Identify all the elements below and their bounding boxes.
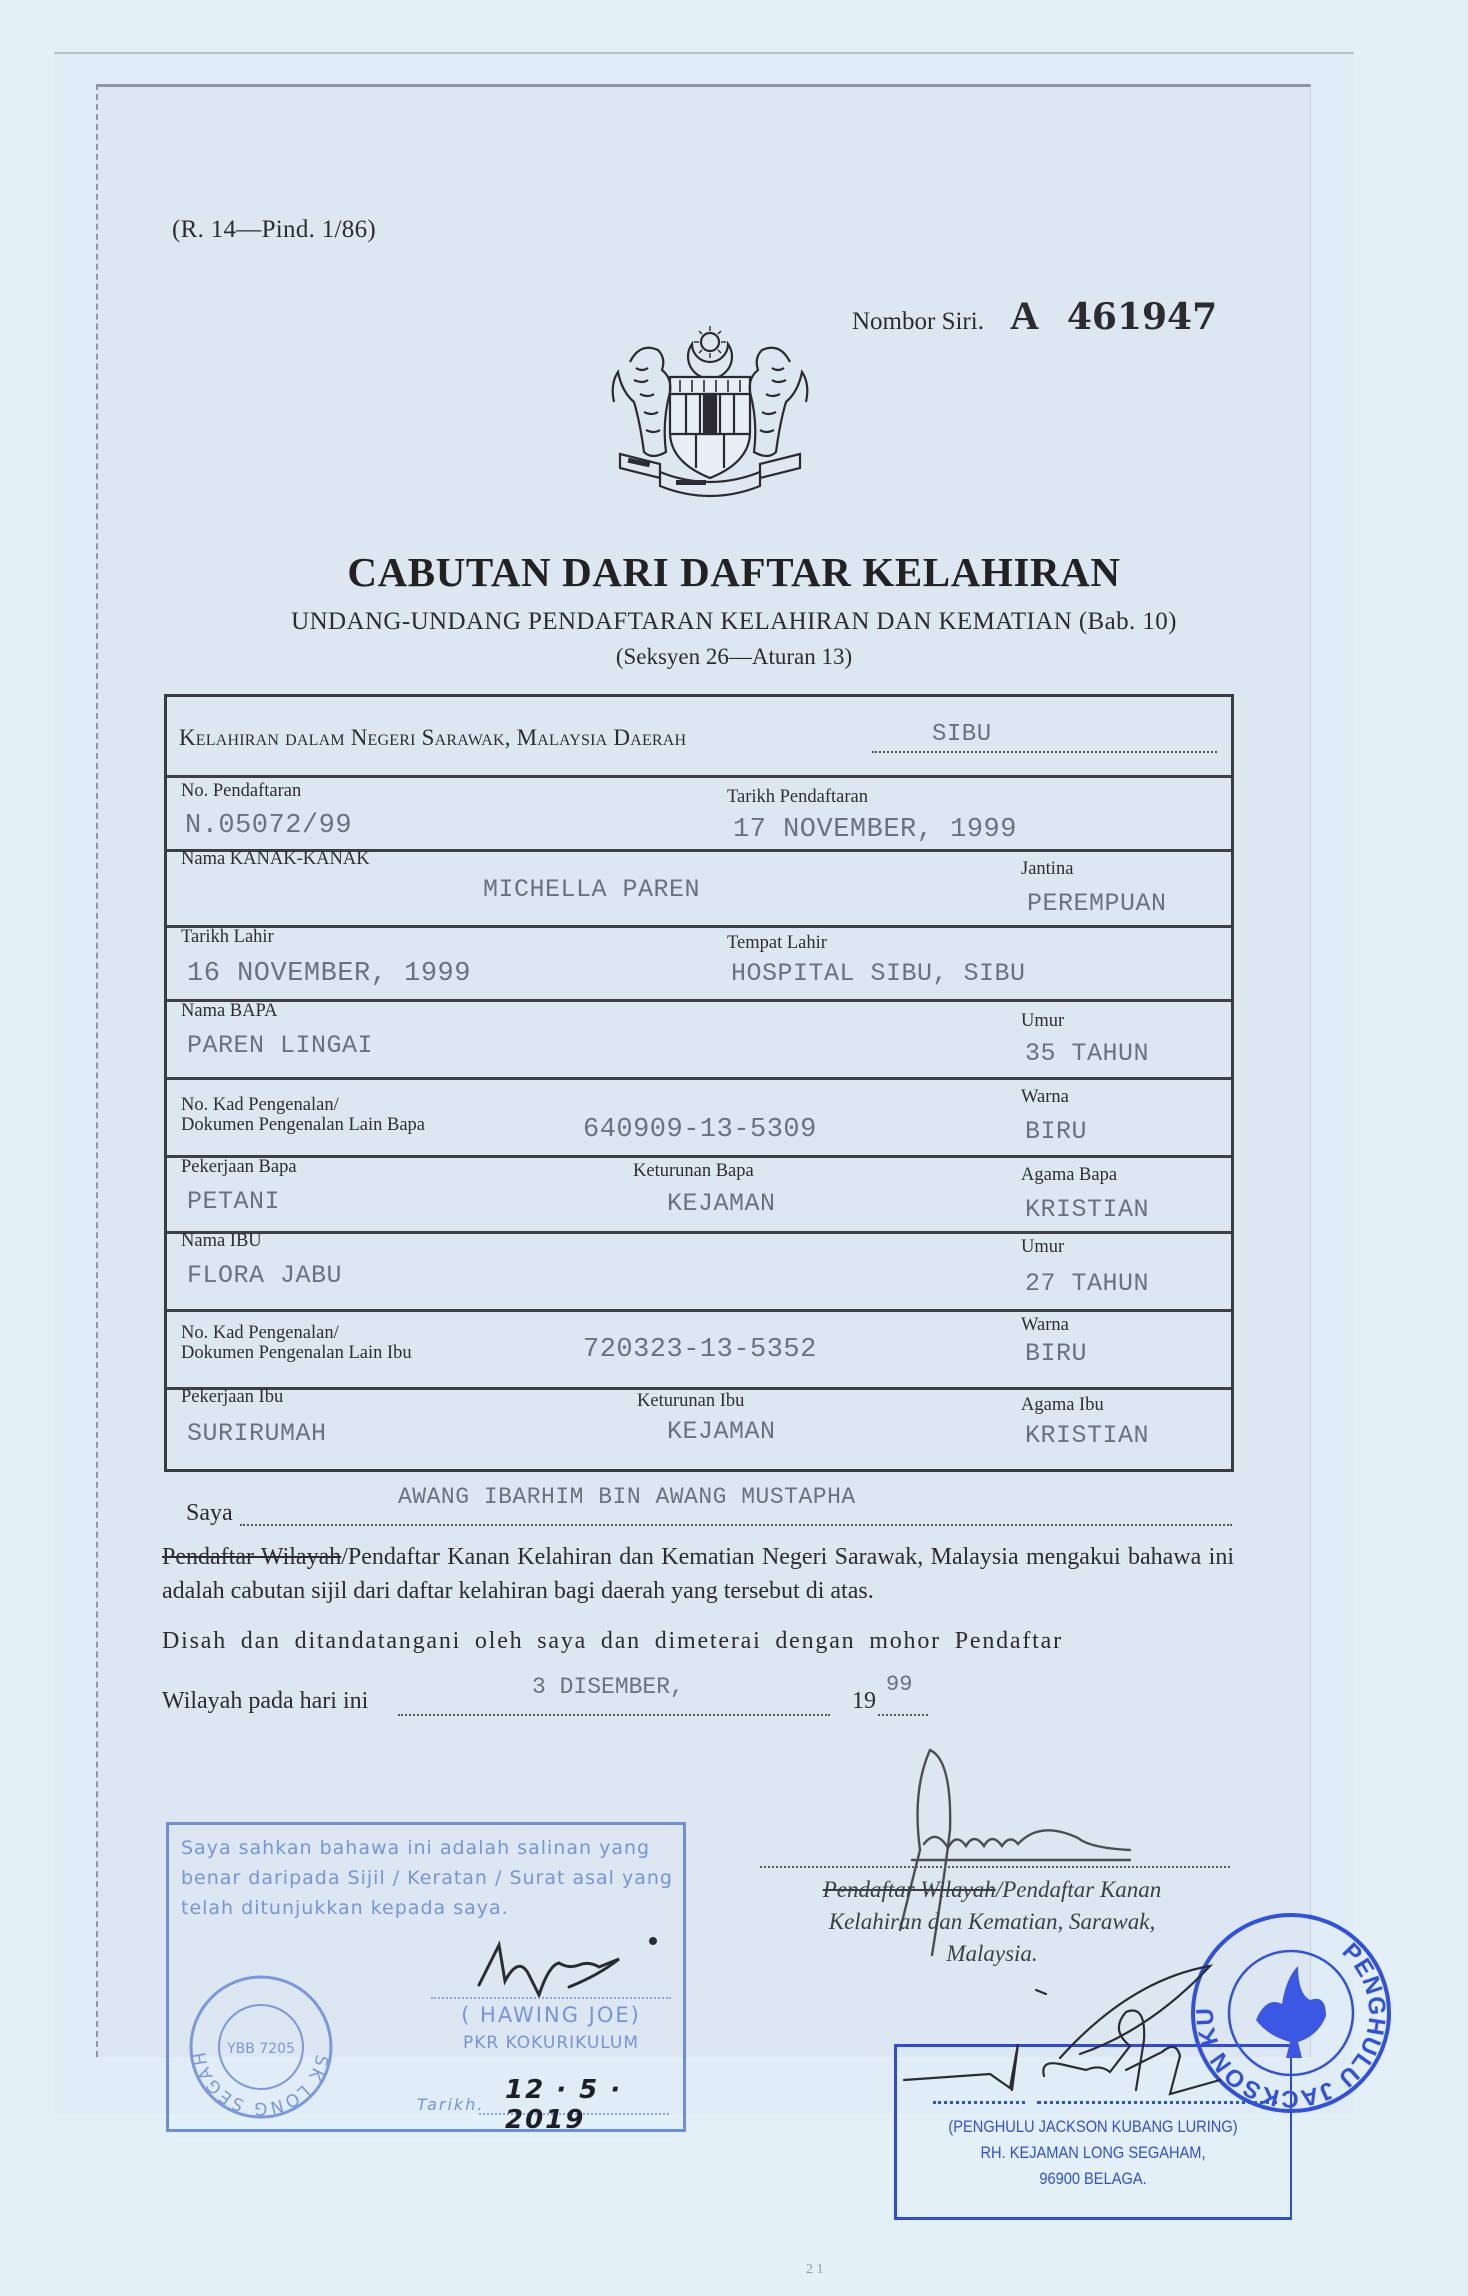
- district-row: Kelahiran dalam Negeri Sarawak, Malaysia…: [167, 697, 1231, 778]
- registration-date-value: 17 NOVEMBER, 1999: [733, 815, 1017, 845]
- page-mark: 2 1: [806, 2262, 824, 2278]
- document-subtitle: UNDANG-UNDANG PENDAFTARAN KELAHIRAN DAN …: [0, 608, 1468, 636]
- date-value: 3 DISEMBER,: [532, 1674, 684, 1700]
- serial-value: 461947: [1067, 296, 1217, 338]
- mother-religion-label: Agama Ibu: [1021, 1395, 1104, 1416]
- father-religion-value: KRISTIAN: [1025, 1195, 1149, 1224]
- school-seal-code: YBB 7205: [226, 2041, 295, 2057]
- certifier-position: PKR KOKURIKULUM: [431, 2033, 671, 2053]
- father-ancestry-value: KEJAMAN: [667, 1189, 776, 1218]
- penghulu-name: (PENGHULU JACKSON KUBANG LURING): [924, 2117, 1261, 2137]
- registration-date-label: Tarikh Pendaftaran: [727, 787, 868, 808]
- child-name-value: MICHELLA PAREN: [483, 875, 700, 904]
- mother-id-label-line2: Dokumen Pengenalan Lain Ibu: [181, 1343, 412, 1364]
- mother-colour-label: Warna: [1021, 1315, 1069, 1336]
- mother-occupation-value: SURIRUMAH: [187, 1419, 327, 1448]
- birth-place-value: HOSPITAL SIBU, SIBU: [731, 959, 1026, 988]
- declaration-paragraph: Pendaftar Wilayah/Pendaftar Kanan Kelahi…: [162, 1540, 1234, 1608]
- mother-age-label: Umur: [1021, 1237, 1064, 1258]
- serial-prefix: A: [1010, 292, 1039, 339]
- father-occupation-label: Pekerjaan Bapa: [181, 1157, 297, 1178]
- father-id-label-line1: No. Kad Pengenalan/: [181, 1095, 339, 1116]
- mother-age-value: 27 TAHUN: [1025, 1269, 1149, 1298]
- mother-occupation-label: Pekerjaan Ibu: [181, 1387, 283, 1408]
- district-dotted-line: [872, 739, 1217, 753]
- father-id-row: No. Kad Pengenalan/ Dokumen Pengenalan L…: [167, 1077, 1231, 1158]
- father-age-value: 35 TAHUN: [1025, 1039, 1149, 1068]
- certification-date-value: 12 · 5 · 2019: [505, 2075, 683, 2135]
- birth-date-label: Tarikh Lahir: [181, 927, 274, 948]
- document-title: CABUTAN DARI DAFTAR KELAHIRAN: [0, 548, 1468, 596]
- father-occupation-value: PETANI: [187, 1187, 280, 1216]
- registrar-title-line2: Kelahiran dan Kematian, Sarawak,: [762, 1906, 1222, 1938]
- mother-occupation-row: Pekerjaan Ibu SURIRUMAH Keturunan Ibu KE…: [167, 1387, 1231, 1469]
- gender-value: PEREMPUAN: [1027, 889, 1167, 918]
- father-name-value: PAREN LINGAI: [187, 1031, 373, 1060]
- father-colour-value: BIRU: [1025, 1117, 1087, 1146]
- father-id-value: 640909-13-5309: [583, 1115, 817, 1145]
- mother-name-label: Nama IBU: [181, 1231, 262, 1252]
- father-ancestry-label: Keturunan Bapa: [633, 1161, 754, 1182]
- certification-stamp: Saya sahkan bahawa ini adalah salinan ya…: [166, 1822, 686, 2132]
- gender-label: Jantina: [1021, 859, 1073, 880]
- certifier-name: ( HAWING JOE): [431, 2003, 671, 2027]
- mother-id-label-line1: No. Kad Pengenalan/: [181, 1323, 339, 1344]
- registrar-name-dotted-line: [240, 1510, 1232, 1526]
- document-section-reference: (Seksyen 26—Aturan 13): [0, 644, 1468, 670]
- mother-id-value: 720323-13-5352: [583, 1335, 817, 1365]
- father-occupation-row: Pekerjaan Bapa PETANI Keturunan Bapa KEJ…: [167, 1155, 1231, 1234]
- penghulu-address-line1: RH. KEJAMAN LONG SEGAHAM,: [924, 2143, 1261, 2163]
- year-dotted-line: [878, 1702, 928, 1716]
- certification-text: Saya sahkan bahawa ini adalah salinan ya…: [181, 1833, 675, 1923]
- mother-ancestry-value: KEJAMAN: [667, 1417, 776, 1446]
- registrar-signature-line: [760, 1862, 1230, 1868]
- registrar-title: Pendaftar Wilayah/Pendaftar Kanan Kelahi…: [762, 1874, 1222, 1970]
- registration-no-value: N.05072/99: [185, 811, 352, 841]
- certifier-signature-line: [431, 1997, 671, 1999]
- father-colour-label: Warna: [1021, 1087, 1069, 1108]
- district-label: Kelahiran dalam Negeri Sarawak, Malaysia…: [179, 725, 686, 751]
- birth-date-value: 16 NOVEMBER, 1999: [187, 959, 471, 989]
- registrar-title-rest: /Pendaftar Kanan: [996, 1877, 1161, 1902]
- father-name-label: Nama BAPA: [181, 1001, 277, 1022]
- birth-row: Tarikh Lahir 16 NOVEMBER, 1999 Tempat La…: [167, 925, 1231, 1002]
- registrar-struck-title: Pendaftar Wilayah: [823, 1877, 996, 1902]
- certification-date-label: Tarikh.: [417, 2095, 484, 2114]
- father-age-label: Umur: [1021, 1011, 1064, 1032]
- year-prefix: 19: [852, 1688, 876, 1715]
- coat-of-arms-icon: [600, 322, 820, 500]
- mother-colour-value: BIRU: [1025, 1339, 1087, 1368]
- district-value: SIBU: [932, 721, 992, 748]
- registration-no-label: No. Pendaftaran: [181, 781, 301, 802]
- mother-name-value: FLORA JABU: [187, 1261, 342, 1290]
- certifier-signature-icon: [469, 1935, 669, 2005]
- saya-label: Saya: [186, 1500, 233, 1527]
- mother-ancestry-label: Keturunan Ibu: [637, 1391, 744, 1412]
- struck-title: Pendaftar Wilayah: [162, 1544, 341, 1570]
- serial-number: Nombor Siri. A 461947: [852, 292, 1217, 339]
- sealed-paragraph: Disah dan ditandatangani oleh saya dan d…: [162, 1624, 1234, 1658]
- father-religion-label: Agama Bapa: [1021, 1165, 1117, 1186]
- registration-row: No. Pendaftaran N.05072/99 Tarikh Pendaf…: [167, 775, 1231, 852]
- registrar-name-value: AWANG IBARHIM BIN AWANG MUSTAPHA: [398, 1484, 856, 1510]
- school-seal-icon: SK LONG SEGAHAM BELAGA YBB 7205: [185, 1971, 337, 2123]
- form-code: (R. 14—Pind. 1/86): [172, 216, 376, 244]
- mother-religion-value: KRISTIAN: [1025, 1421, 1149, 1450]
- date-label: Wilayah pada hari ini: [162, 1688, 368, 1715]
- father-id-label-line2: Dokumen Pengenalan Lain Bapa: [181, 1115, 425, 1136]
- penghulu-address-line2: 96900 BELAGA.: [924, 2169, 1261, 2189]
- birth-place-label: Tempat Lahir: [727, 933, 827, 954]
- father-name-row: Nama BAPA PAREN LINGAI Umur 35 TAHUN: [167, 999, 1231, 1080]
- penghulu-signature-icon: [900, 1960, 1240, 2110]
- date-dotted-line: [398, 1700, 830, 1716]
- serial-label: Nombor Siri.: [852, 308, 984, 336]
- child-name-row: Nama KANAK-KANAK MICHELLA PAREN Jantina …: [167, 849, 1231, 928]
- mother-name-row: Nama IBU FLORA JABU Umur 27 TAHUN: [167, 1231, 1231, 1312]
- mother-id-row: No. Kad Pengenalan/ Dokumen Pengenalan L…: [167, 1309, 1231, 1390]
- year-value: 99: [886, 1672, 912, 1697]
- birth-record-table: Kelahiran dalam Negeri Sarawak, Malaysia…: [164, 694, 1234, 1472]
- child-name-label: Nama KANAK-KANAK: [181, 849, 370, 870]
